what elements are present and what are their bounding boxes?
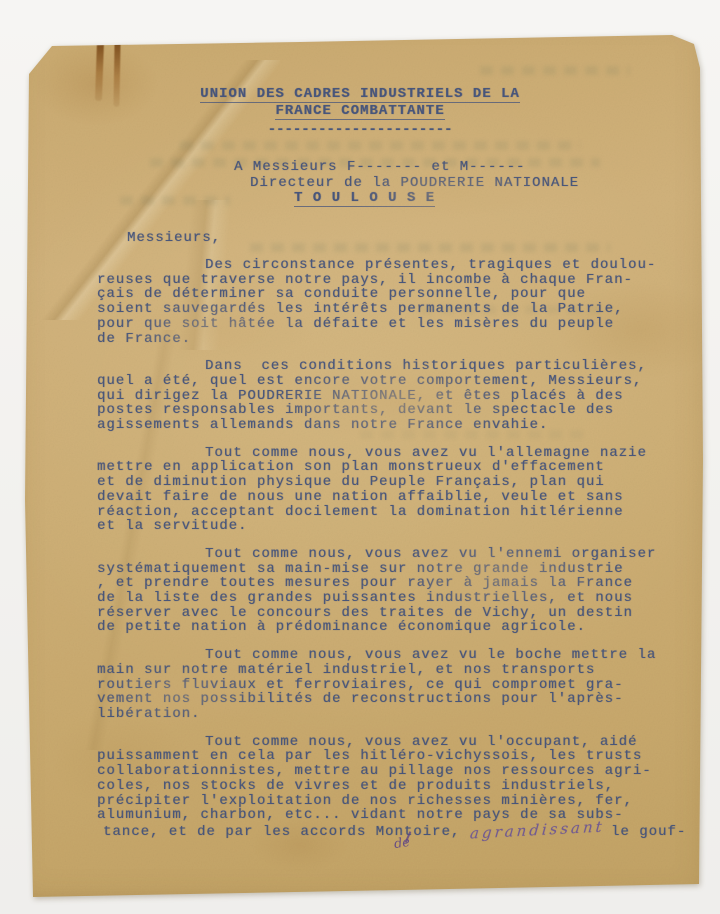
recipient-line2: Directeur de la POUDRERIE NATIONALE	[250, 176, 579, 192]
paragraph-5: Tout comme nous, vous avez vu le boche m…	[97, 648, 659, 722]
paragraph-6: Tout comme nous, vous avez vu l'occupant…	[97, 735, 659, 823]
bleedthrough-mark	[180, 141, 580, 150]
staple-rust-mark	[113, 41, 120, 107]
paper-wrapper: UNION DES CADRES INDUSTRIELS DE LA FRANC…	[0, 0, 720, 914]
handwritten-annotation: agrandissant	[470, 819, 606, 841]
inserted-word: de	[393, 835, 411, 852]
letterhead-line2: FRANCE COMBATTANTE	[168, 103, 552, 120]
paragraph-3: Tout comme nous, vous avez vu l'allemagn…	[97, 446, 659, 534]
paragraph-2: Dans ces conditions historiques particul…	[97, 359, 659, 433]
bleedthrough-mark	[250, 243, 610, 252]
paragraph-4: Tout comme nous, vous avez vu l'ennemi o…	[97, 547, 659, 635]
typed-text: le gouf-	[611, 824, 686, 840]
recipient-line1: A Messieurs F------- et M------	[234, 160, 579, 176]
letterhead-rule: ----------------------	[168, 122, 552, 139]
letter-paper: UNION DES CADRES INDUSTRIELS DE LA FRANC…	[0, 0, 720, 914]
paragraph-1: Des circonstance présentes, tragiques et…	[97, 258, 659, 346]
salutation: Messieurs,	[127, 230, 221, 246]
letterhead-line1: UNION DES CADRES INDUSTRIELS DE LA	[168, 86, 552, 103]
letter-body: Des circonstance présentes, tragiques et…	[97, 258, 659, 840]
recipient-block: A Messieurs F------- et M------ Directeu…	[234, 160, 579, 207]
bleedthrough-mark	[120, 196, 230, 205]
bleedthrough-mark	[480, 66, 630, 75]
paragraph-6-last-line: tance, et de par les accords Montoire,ag…	[97, 823, 659, 840]
recipient-city: T O U L O U S E	[294, 191, 579, 207]
photo-background: UNION DES CADRES INDUSTRIELS DE LA FRANC…	[0, 0, 720, 914]
staple-rust-mark	[95, 39, 104, 101]
letterhead: UNION DES CADRES INDUSTRIELS DE LA FRANC…	[168, 86, 552, 139]
